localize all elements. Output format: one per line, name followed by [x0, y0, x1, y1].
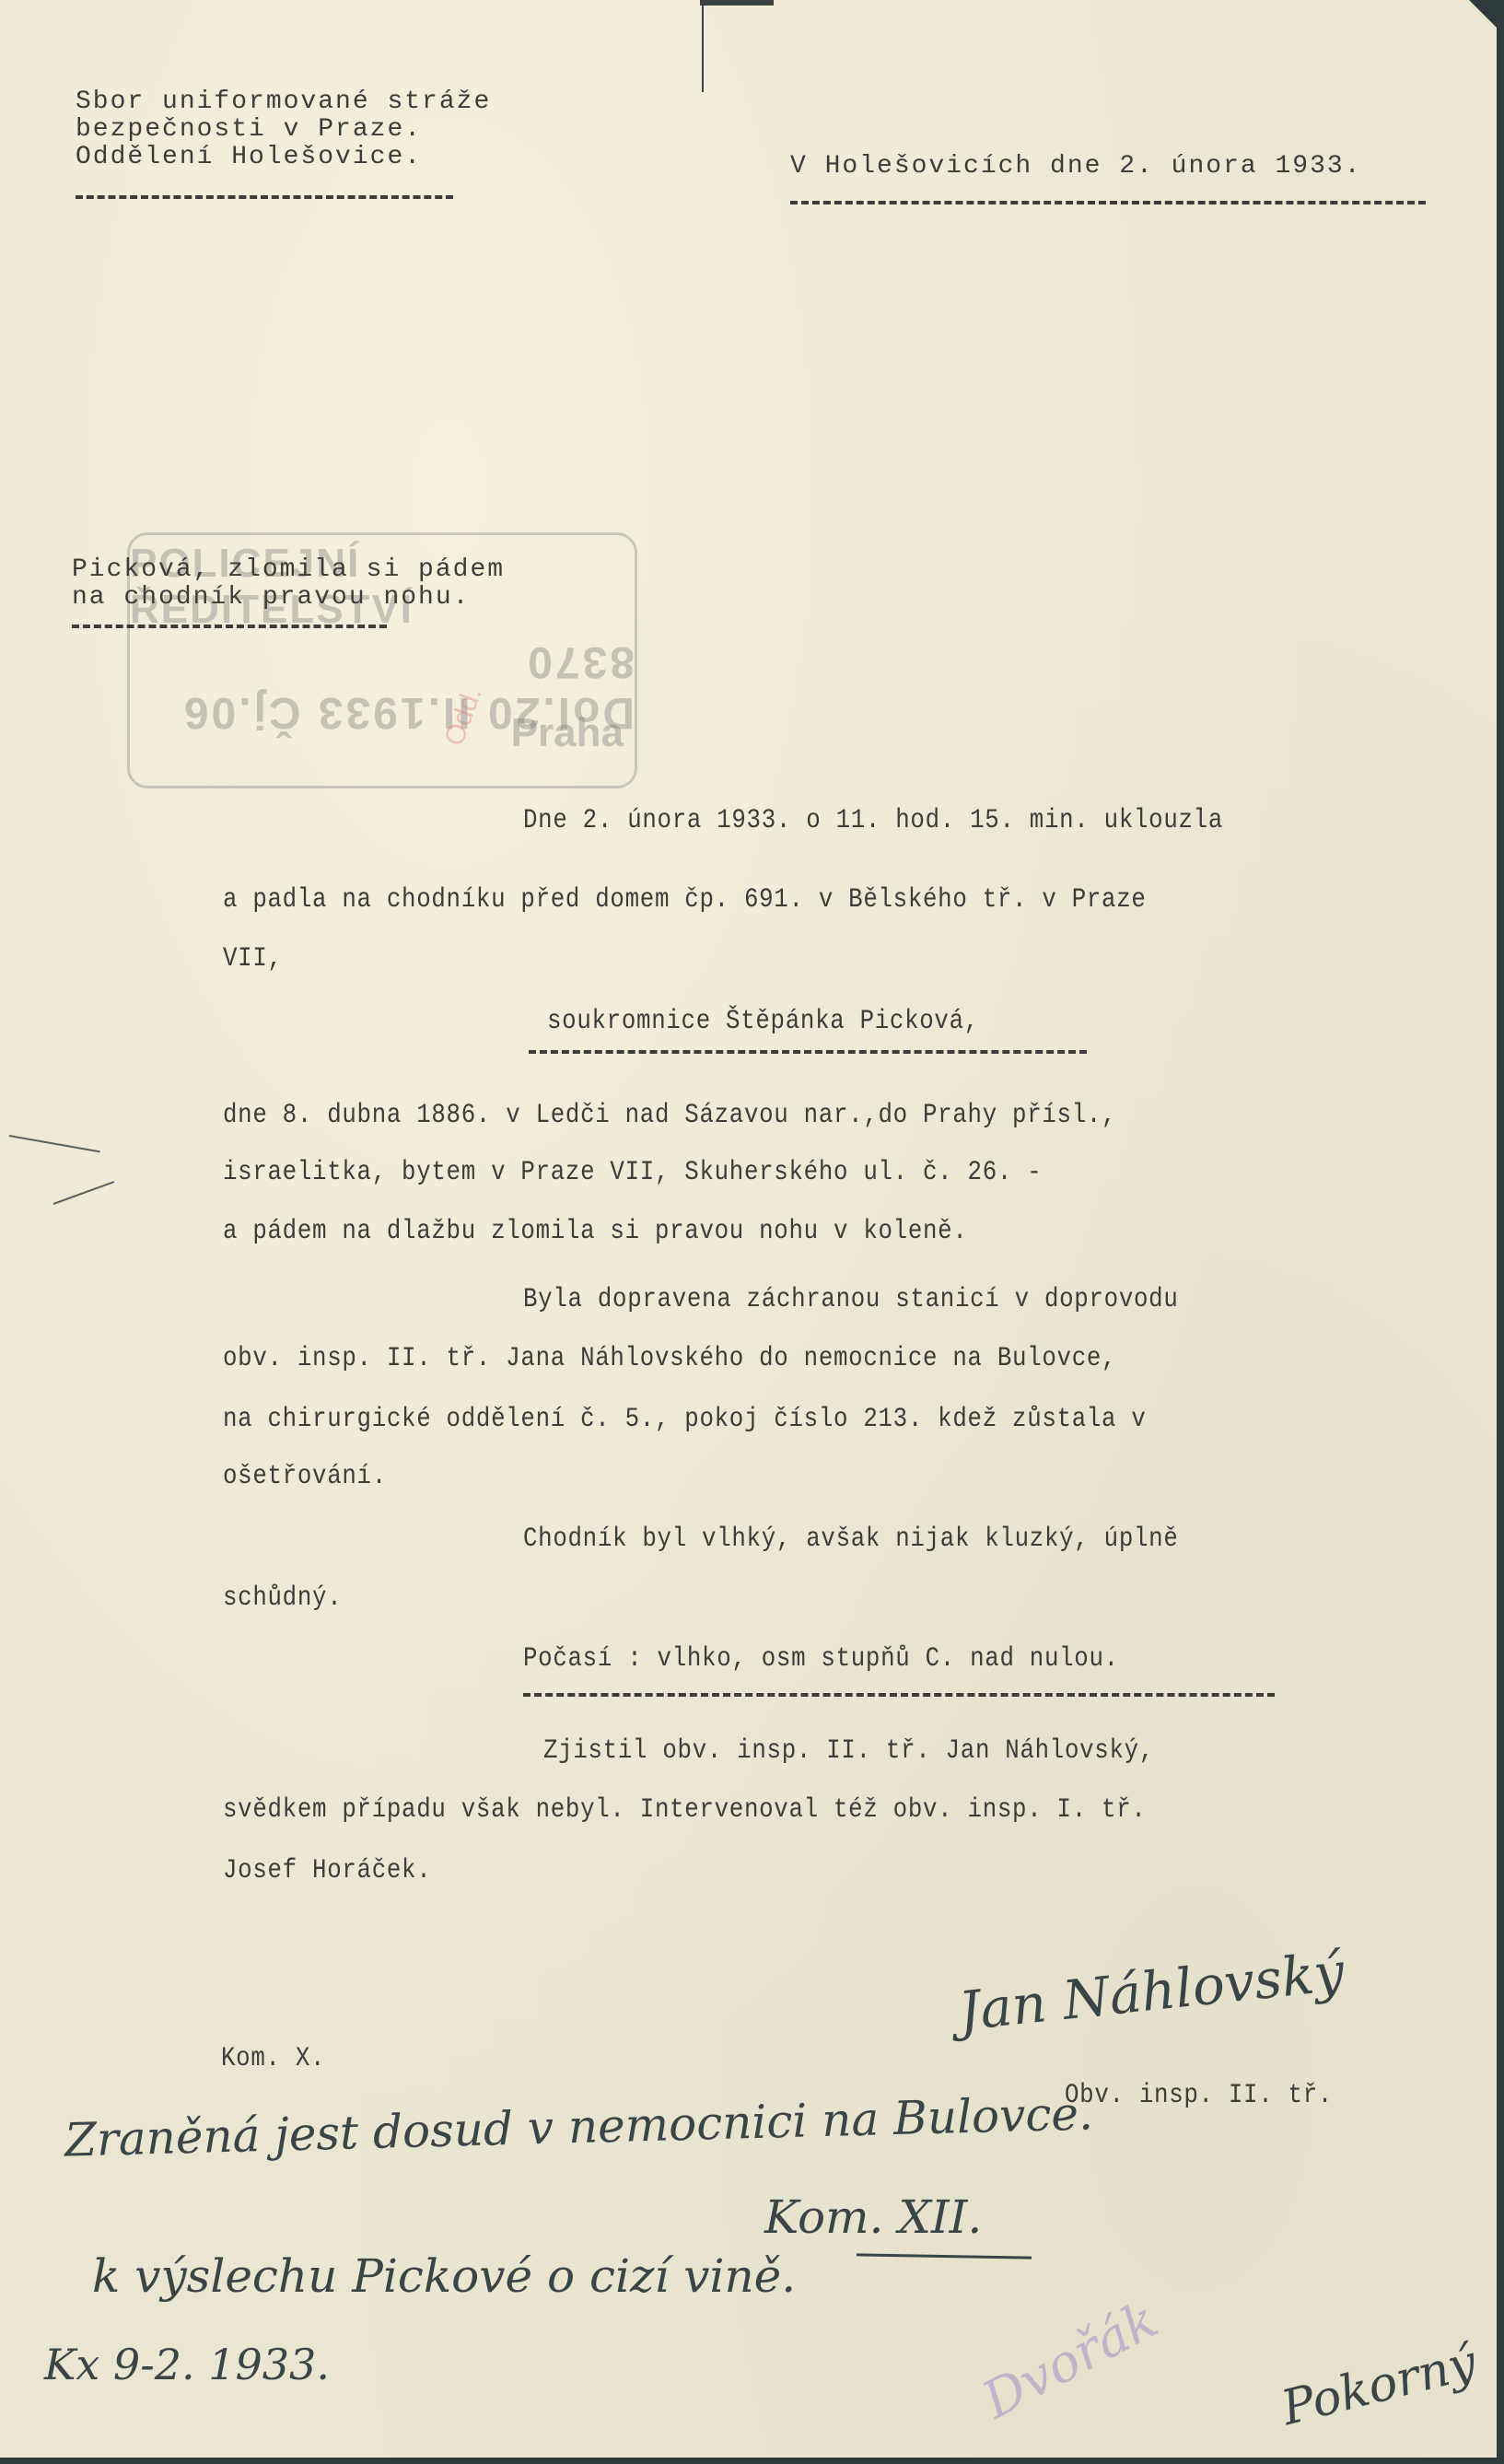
- body-line: Byla dopravena záchranou stanicí v dopro…: [523, 1286, 1179, 1314]
- place-date-underline: [790, 201, 1426, 204]
- header-left-underline: [76, 195, 453, 199]
- handwritten-note-3: k výslechu Pickové o cizí vině.: [92, 2249, 796, 2303]
- body-line: Dne 2. února 1933. o 11. hod. 15. min. u…: [523, 807, 1223, 835]
- margin-pencil-mark: [9, 1135, 100, 1152]
- subject-line-1: Picková, zlomila si pádem: [72, 556, 505, 584]
- fold-mark-top: [700, 0, 774, 6]
- stamp-bottom-text: Praha: [511, 710, 624, 756]
- body-line: ošetřování.: [223, 1463, 387, 1490]
- body-line: a padla na chodníku před domem čp. 691. …: [223, 886, 1147, 914]
- body-line: svědkem případu však nebyl. Intervenoval…: [223, 1796, 1147, 1824]
- header-line-3: Oddělení Holešovice.: [76, 144, 422, 171]
- body-line: na chirurgické oddělení č. 5., pokoj čís…: [223, 1406, 1147, 1433]
- injured-person-name: soukromnice Štěpánka Picková,: [547, 1008, 979, 1035]
- addressee: Kom. X.: [221, 2045, 325, 2073]
- torn-corner: [1469, 0, 1497, 28]
- body-line: a pádem na dlažbu zlomila si pravou nohu…: [223, 1218, 968, 1245]
- margin-pencil-mark: [53, 1181, 114, 1205]
- body-line: obv. insp. II. tř. Jana Náhlovského do n…: [223, 1345, 1116, 1372]
- handwritten-note-2: Kom. XII.: [764, 2190, 982, 2244]
- handwritten-underline: [857, 2253, 1032, 2259]
- fold-mark: [702, 0, 704, 92]
- weather-line: Počasí : vlhko, osm stupňů C. nad nulou.: [523, 1645, 1119, 1673]
- place-date: V Holešovicích dne 2. února 1933.: [790, 153, 1362, 181]
- body-line: VII,: [223, 945, 283, 973]
- body-line: israelitka, bytem v Praze VII, Skuherské…: [223, 1159, 1042, 1186]
- signature-title: Obv. insp. II. tř.: [1065, 2082, 1333, 2109]
- header-line-2: bezpečnosti v Praze.: [76, 116, 422, 144]
- body-line: dne 8. dubna 1886. v Ledči nad Sázavou n…: [223, 1102, 1116, 1129]
- handwritten-date-note: Kx 9-2. 1933.: [44, 2340, 330, 2389]
- header-line-1: Sbor uniformované stráže: [76, 88, 491, 116]
- subject-line-2: na chodník pravou nohu.: [72, 584, 470, 612]
- weather-underline: [523, 1693, 1275, 1697]
- body-line: Josef Horáček.: [223, 1857, 431, 1885]
- injured-person-underline: [529, 1050, 1087, 1054]
- bottom-right-signature: Pokorný: [1277, 2335, 1482, 2436]
- body-line: Chodník byl vlhký, avšak nijak kluzký, ú…: [523, 1525, 1179, 1553]
- body-line: schůdný.: [223, 1584, 342, 1612]
- handwritten-note-1: Zraněná jest dosud v nemocnici na Bulovc…: [64, 2086, 1093, 2166]
- violet-stamp-signature: Dvořák: [974, 2290, 1168, 2431]
- document-page: Sbor uniformované stráže bezpečnosti v P…: [0, 0, 1497, 2458]
- body-line: Zjistil obv. insp. II. tř. Jan Náhlovský…: [543, 1737, 1154, 1765]
- officer-signature: Jan Náhlovský: [956, 1940, 1347, 2043]
- subject-underline: [72, 625, 387, 628]
